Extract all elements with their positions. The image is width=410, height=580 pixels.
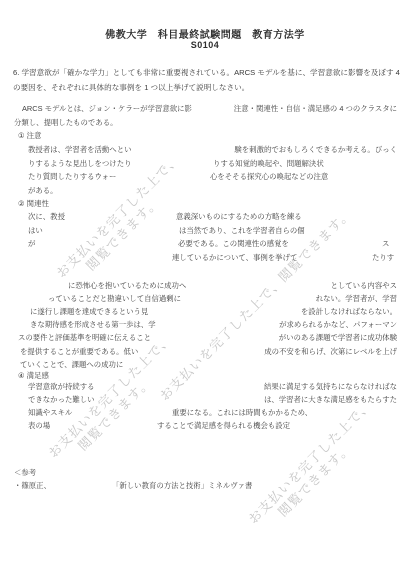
text-fragment: 「新しい教育の方法と技術」ミネルヴァ書 xyxy=(112,481,252,490)
text-fragment: 心をそそる探究心の喚起などの注意 xyxy=(210,172,328,181)
text-line: ＜参考 xyxy=(0,468,410,478)
text-fragment: 表の場 xyxy=(28,421,50,430)
text-line: が必要である。この関連性の感覚をス xyxy=(0,239,410,249)
text-fragment: 教授者は、学習者を活動へとい xyxy=(28,145,131,154)
text-fragment: が xyxy=(28,239,35,248)
text-line: を提供することが重要である。低い成の不安を和らげ、次第にレベルを上げ xyxy=(0,347,410,357)
text-fragment: が求められるかなど、パフォーマン xyxy=(279,320,397,329)
text-fragment: 験を刺激的でおもしろくできるか考える。びっく xyxy=(234,145,397,154)
text-fragment: っていることだと勘違いして自信過剰に xyxy=(48,294,181,303)
text-fragment: ス xyxy=(382,239,389,248)
text-line: に恐怖心を抱いているために成功へとしている内容やス xyxy=(0,281,410,291)
text-line: 次に、教授意義深いものにするための方略を練る xyxy=(0,212,410,222)
text-fragment: ＜参考 xyxy=(14,468,36,477)
text-line: 表の場することで満足感を得られる機会も設定 xyxy=(0,421,410,431)
text-line: ARCS モデルとは、ジョン・ケラーが学習意欲に影注意・関連性・自信・満足感の … xyxy=(0,104,410,114)
text-fragment: りする知覚的喚起や、問題解決状 xyxy=(213,159,324,168)
text-line: はいは当然であり、これを学習者自らの個 xyxy=(0,226,410,236)
document-title: 佛教大学 科目最終試験問題 教育方法学 xyxy=(0,26,410,41)
text-fragment: はい xyxy=(28,226,43,235)
text-fragment: たり質問したりするウォー xyxy=(28,172,116,181)
text-fragment: がある。 xyxy=(28,186,58,195)
text-fragment: がいのある課題で学習者に成功体験 xyxy=(279,333,397,342)
text-line: 学習意欲が持続する結果に満足する気持ちにならなければな xyxy=(0,382,410,392)
text-fragment: 分類し、提唱したものである。 xyxy=(14,118,117,127)
text-line: できなかった難しいは、学習者に大きな満足感をもたらすた xyxy=(0,395,410,405)
text-line: 知識やスキル重要になる。これには時間もかかるため、 xyxy=(0,408,410,418)
text-fragment: を設計しなければならない。 xyxy=(301,307,397,316)
text-fragment: ① 注意 xyxy=(18,131,41,140)
text-fragment: することで満足感を得られる機会も設定 xyxy=(157,421,290,430)
text-fragment: ARCS モデルとは、ジョン・ケラーが学習意欲に影 xyxy=(22,104,192,113)
text-line: がある。 xyxy=(0,186,410,196)
text-line: 分類し、提唱したものである。 xyxy=(0,118,410,128)
text-line: ④ 満足感 xyxy=(0,371,410,381)
text-fragment: に遂行し課題を達成できるという見 xyxy=(30,307,148,316)
text-fragment: 結果に満足する気持ちにならなければな xyxy=(264,382,397,391)
document-page: 佛教大学 科目最終試験問題 教育方法学 S0104 6. 学習意欲が「確かな学力… xyxy=(0,0,410,580)
text-line: ていくことで、課題への成功に xyxy=(0,360,410,370)
text-line: 教授者は、学習者を活動へとい験を刺激的でおもしろくできるか考える。びっく xyxy=(0,145,410,155)
text-fragment: 連しているかについて、事例を挙げて xyxy=(172,253,297,262)
text-fragment: は当然であり、これを学習者自らの個 xyxy=(179,226,305,235)
text-line: に遂行し課題を達成できるという見を設計しなければならない。 xyxy=(0,307,410,317)
text-fragment: ・篠原正、 xyxy=(14,481,51,490)
text-line: ① 注意 xyxy=(0,131,410,141)
question-line-1: 6. 学習意欲が「確かな学力」としても非常に重要視されている。ARCS モデルを… xyxy=(13,68,400,77)
text-line: りするような見出しをつけたりりする知覚的喚起や、問題解決状 xyxy=(0,159,410,169)
text-fragment: 意義深いものにするための方略を練る xyxy=(176,212,302,221)
text-fragment: れない。学習者が、学習 xyxy=(316,294,397,303)
text-fragment: スの要件と評価基準を明確に伝えること xyxy=(18,333,151,342)
text-fragment: は、学習者に大きな満足感をもたらすた xyxy=(264,395,397,404)
text-fragment: に恐怖心を抱いているために成功へ xyxy=(68,281,186,290)
text-fragment: 注意・関連性・自信・満足感の 4 つのクラスタに xyxy=(234,104,397,113)
text-fragment: 次に、教授 xyxy=(28,212,65,221)
text-fragment: たりす xyxy=(372,253,394,262)
text-line: っていることだと勘違いして自信過剰にれない。学習者が、学習 xyxy=(0,294,410,304)
text-fragment: 必要である。この関連性の感覚を xyxy=(178,239,289,248)
text-fragment: としている内容やス xyxy=(330,281,397,290)
text-line: ② 関連性 xyxy=(0,199,410,209)
text-line: 連しているかについて、事例を挙げてたりす xyxy=(0,253,410,263)
text-line: きな期待感を形成させる第一歩は、学が求められるかなど、パフォーマン xyxy=(0,320,410,330)
text-line: たり質問したりするウォー心をそそる探究心の喚起などの注意 xyxy=(0,172,410,182)
text-fragment: 知識やスキル xyxy=(28,408,72,417)
text-fragment: 重要になる。これには時間もかかるため、 xyxy=(172,408,312,417)
text-fragment: ② 関連性 xyxy=(18,199,49,208)
text-line: スの要件と評価基準を明確に伝えることがいのある課題で学習者に成功体験 xyxy=(0,333,410,343)
text-fragment: を提供することが重要である。低い xyxy=(20,347,138,356)
text-fragment: きな期待感を形成させる第一歩は、学 xyxy=(30,320,156,329)
question-line-2: の要因を、それぞれに具体的な事例を 1 つ以上挙げて説明しなさい。 xyxy=(13,83,400,92)
text-fragment: できなかった難しい xyxy=(28,395,95,404)
text-fragment: 学習意欲が持続する xyxy=(28,382,95,391)
course-code: S0104 xyxy=(0,40,410,50)
text-line: ・篠原正、「新しい教育の方法と技術」ミネルヴァ書 xyxy=(0,481,410,491)
text-fragment: ていくことで、課題への成功に xyxy=(20,360,123,369)
text-fragment: ④ 満足感 xyxy=(18,371,49,380)
text-fragment: りするような見出しをつけたり xyxy=(28,159,131,168)
text-fragment: 成の不安を和らげ、次第にレベルを上げ xyxy=(264,347,397,356)
